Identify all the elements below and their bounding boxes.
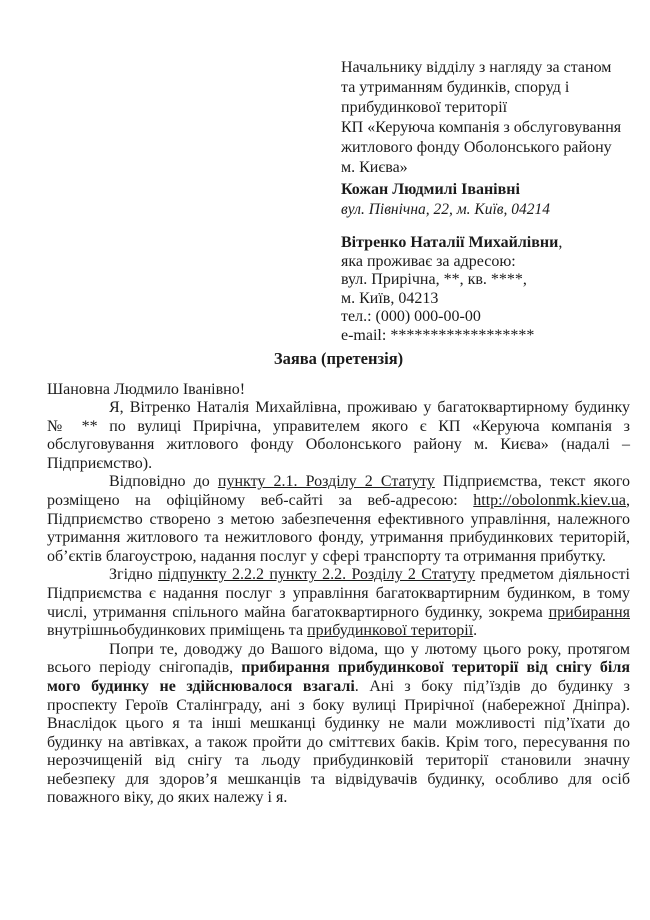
sender-email: e-mail: ****************** — [341, 327, 636, 346]
statute-reference: підпункту 2.2.2 пункту 2.2. Розділу 2 Ст… — [158, 566, 475, 583]
recipient-line: КП «Керуюча компанія з обслуговування — [341, 118, 636, 138]
paragraph-complaint: Попри те, доводжу до Вашого відома, що у… — [47, 641, 630, 808]
recipient-person-name: Кожан Людмилі Іванівні — [341, 180, 636, 200]
sender-phone: тел.: (000) 000-00-00 — [341, 308, 636, 327]
salutation: Шановна Людмило Іванівно! — [47, 380, 630, 399]
recipient-line: та утриманням будинків, споруд і — [341, 78, 636, 98]
recipient-line: м. Києва» — [341, 158, 636, 178]
paragraph-statute-2-1: Відповідно до пункту 2.1. Розділу 2 Стат… — [47, 473, 630, 566]
sender-name: Вітренко Наталії Михайлівни — [341, 234, 558, 251]
website-link[interactable]: http://obolonmk.kiev.ua — [473, 492, 626, 509]
document-page: Начальнику відділу з нагляду за станом т… — [0, 0, 650, 920]
addressee-block: Начальнику відділу з нагляду за станом т… — [341, 58, 636, 345]
sender-line: яка проживає за адресою: — [341, 253, 636, 272]
recipient-line: житлового фонду Оболонського району — [341, 138, 636, 158]
document-title: Заява (претензія) — [47, 349, 630, 368]
statute-reference: пункту 2.1. Розділу 2 Статуту — [218, 473, 435, 490]
sender-name-suffix: , — [558, 234, 562, 251]
paragraph-text: Я, Вітренко Наталія Михайлівна, проживаю… — [47, 399, 630, 472]
sender-line: вул. Прирічна, **, кв. ****, — [341, 271, 636, 290]
paragraph-text: Згідно — [109, 566, 158, 583]
sender-block: Вітренко Наталії Михайлівни, яка прожива… — [341, 234, 636, 345]
sender-name-line: Вітренко Наталії Михайлівни, — [341, 234, 636, 253]
underlined-term: прибудинкової території — [307, 622, 473, 639]
paragraph-intro: Я, Вітренко Наталія Михайлівна, проживаю… — [47, 399, 630, 473]
recipient-line: прибудинкової території — [341, 98, 636, 118]
paragraph-text: . Ані з боку під’їздів до будинку з прос… — [47, 678, 630, 807]
paragraph-statute-2-2: Згідно підпункту 2.2.2 пункту 2.2. Розді… — [47, 566, 630, 640]
underlined-term: прибирання — [549, 604, 630, 621]
paragraph-text: Відповідно до — [109, 473, 218, 490]
recipient-person-address: вул. Північна, 22, м. Київ, 04214 — [341, 200, 636, 220]
recipient-line: Начальнику відділу з нагляду за станом — [341, 58, 636, 78]
paragraph-text: внутрішньобудинкових приміщень та — [47, 622, 307, 639]
paragraph-text: . — [473, 622, 477, 639]
sender-line: м. Київ, 04213 — [341, 290, 636, 309]
